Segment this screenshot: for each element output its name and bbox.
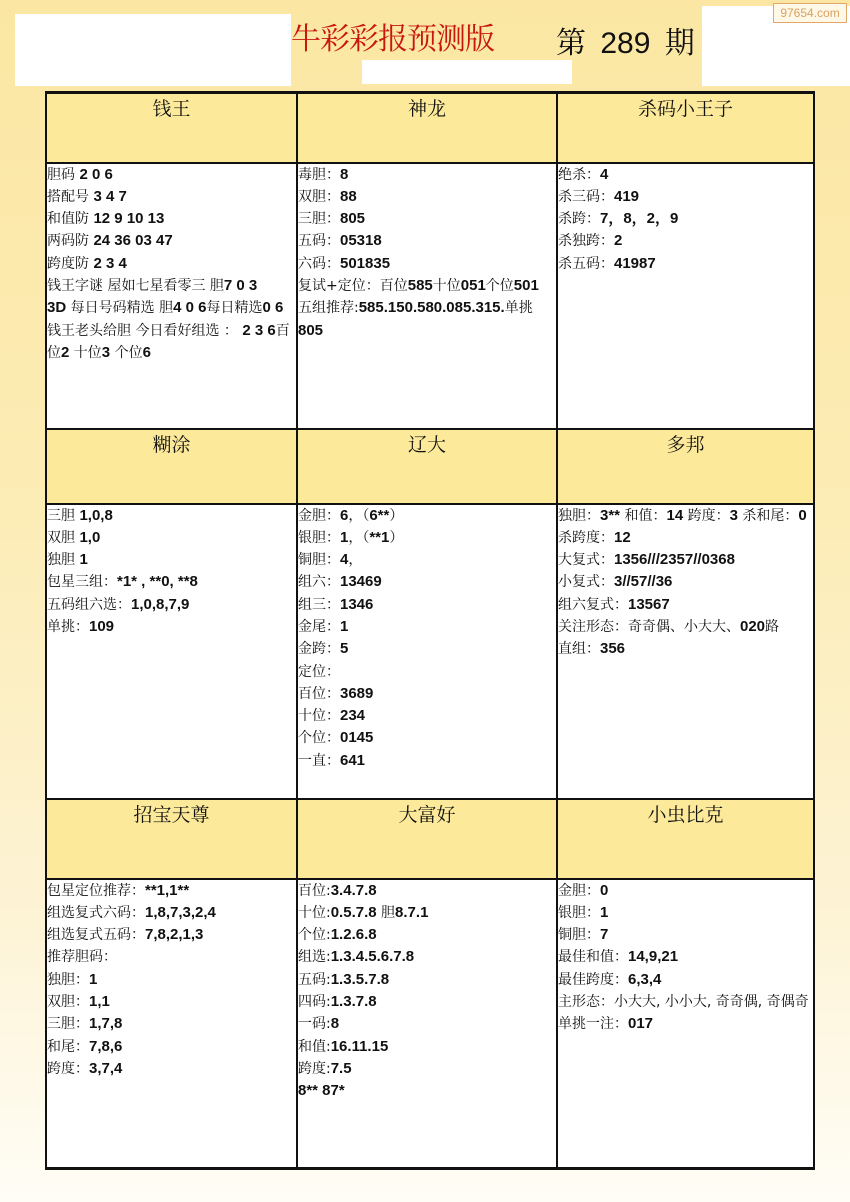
entry-label: 关注形态：奇奇偶、小大大、 [558,619,740,635]
entry-label: 金跨： [298,641,340,657]
entry-line: 百位：3689 [298,683,556,705]
entry-label: 银胆： [298,530,340,546]
entry-line: 组选复式六码：1,8,7,3,2,4 [47,902,296,924]
entry-label: 最佳跨度： [558,972,628,988]
entry-line: 一码:8 [298,1013,556,1035]
entry-value: 3//57//36 [614,573,672,590]
entry-line: 推荐胆码： [47,946,296,968]
entry-line: 跨度防 2 3 4 [47,253,296,275]
entry-label: 每日号码精选 胆 [66,300,173,316]
entry-label: 五码： [298,233,340,249]
entry-label: 四码: [298,994,331,1010]
entry-line: 单挑一注：017 [558,1013,813,1035]
body-row-2: 三胆 1,0,8双胆 1,0独胆 1包星三组：*1* , **0, **8五码组… [46,504,814,799]
entry-label: 组选复式六码： [47,905,145,921]
entry-line: 组三：1346 [298,594,556,616]
entry-label: 大复式： [558,552,614,568]
entry-value: 641 [340,752,365,769]
entry-label: 百位: [298,883,331,899]
entry-line: 金胆：0 [558,880,813,902]
entry-label: 和值： [620,508,666,524]
entry-line: 百位:3.4.7.8 [298,880,556,902]
entry-line: 包星定位推荐：**1,1** [47,880,296,902]
entry-line: 复试+定位：百位585十位051个位501 [298,275,556,297]
entry-label: 单挑一注： [558,1016,628,1032]
entry-label: 定位： [298,664,340,680]
entry-label: 和值防 [47,211,93,227]
prediction-table: 钱王 神龙 杀码小王子 胆码 2 0 6搭配号 3 4 7和值防 12 9 10… [45,91,815,1170]
entry-line: 和尾：7,8,6 [47,1036,296,1058]
entry-label: 五组推荐: [298,300,359,316]
entry-line: 搭配号 3 4 7 [47,186,296,208]
entry-line: 主形态：小大大, 小小大, 奇奇偶, 奇偶奇 [558,991,813,1013]
section-body: 胆码 2 0 6搭配号 3 4 7和值防 12 9 10 13两码防 24 36… [46,163,297,429]
entry-value: 6 [143,344,151,361]
entry-label: ， [348,552,362,568]
entry-line: 钱王字谜 屋如七星看零三 胆7 0 3 [47,275,296,297]
entry-value: 109 [89,618,114,635]
entry-line: 金尾：1 [298,616,556,638]
entry-line: 最佳和值：14,9,21 [558,946,813,968]
entry-value: 1,8,7,3,2,4 [145,904,216,921]
entry-value: 020 [740,618,765,635]
entry-label: 跨度： [683,508,729,524]
entry-value: 1,0,8 [79,507,112,524]
entry-value: 3 [102,344,110,361]
entry-value: 1 [79,551,87,568]
entry-label: 和值: [298,1039,331,1055]
entry-line: 金跨：5 [298,638,556,660]
entry-line: 杀跨：7，8，2，9 [558,208,813,230]
entry-line: 钱王老头给胆 今日看好组选 ： 2 3 6百位2 十位3 个位6 [47,320,296,365]
entry-label: 两码防 [47,233,93,249]
entry-value: 3** [600,507,620,524]
entry-line: 双胆：88 [298,186,556,208]
entry-label: 银胆： [558,905,600,921]
entry-value: 1,0 [79,529,100,546]
entry-value: 16.11.15 [331,1038,389,1055]
entry-value: 501835 [340,255,390,272]
entry-line: 独胆：1 [47,969,296,991]
entry-value: 2 3 4 [93,255,126,272]
entry-value: 13469 [340,573,382,590]
entry-label: 单挑 [505,300,533,316]
entry-line: 双胆：1,1 [47,991,296,1013]
entry-value: 8.7.1 [395,904,428,921]
entry-value: 1,0,8,7,9 [131,596,189,613]
entry-value: 7,8,2,1,3 [145,926,203,943]
entry-value: 805 [340,210,365,227]
entry-value: 2 0 6 [79,166,112,183]
entry-label: 独胆： [558,508,600,524]
entry-value: 0 6 [262,299,283,316]
entry-label: 跨度： [47,1061,89,1077]
entry-line: 银胆：1，（**1） [298,527,556,549]
entry-line: 组选复式五码：7,8,2,1,3 [47,924,296,946]
entry-line: 组六：13469 [298,571,556,593]
entry-value: 0 [798,507,806,524]
entry-value: 4 0 6 [173,299,206,316]
entry-line: 和值防 12 9 10 13 [47,208,296,230]
entry-label: 组六复式： [558,597,628,613]
entry-label: 直组： [558,641,600,657]
entry-line: 杀独跨：2 [558,230,813,252]
entry-label: 包星定位推荐： [47,883,145,899]
entry-label: 推荐胆码： [47,949,117,965]
section-body: 百位:3.4.7.8十位:0.5.7.8 胆8.7.1个位:1.2.6.8组选:… [297,879,557,1169]
entry-label: 金尾： [298,619,340,635]
page-title: 牛彩彩报预测版 [291,14,494,58]
entry-value: 88 [340,188,357,205]
entry-label: 独胆： [47,972,89,988]
entry-value: 234 [340,707,365,724]
entry-line: 三胆：805 [298,208,556,230]
entry-value: 1.3.7.8 [331,993,377,1010]
entry-label: 铜胆： [558,927,600,943]
body-row-1: 胆码 2 0 6搭配号 3 4 7和值防 12 9 10 13两码防 24 36… [46,163,814,429]
entry-label: 组六： [298,574,340,590]
entry-label: 杀五码： [558,256,614,272]
entry-value: 14 [666,507,683,524]
entry-line: 关注形态：奇奇偶、小大大、020路 [558,616,813,638]
entry-value: 356 [600,640,625,657]
entry-line: 最佳跨度：6,3,4 [558,969,813,991]
entry-line: 金胆：6，（6**） [298,505,556,527]
entry-label: 一直： [298,753,340,769]
entry-label: ） [389,530,403,546]
entry-value: 8 [331,1015,339,1032]
entry-label: 跨度防 [47,256,93,272]
entry-value: 7，8，2，9 [600,210,678,227]
entry-value: 3689 [340,685,373,702]
entry-line: 大复式：1356///2357//0368 [558,549,813,571]
entry-label: 钱王字谜 屋如七星看零三 胆 [47,278,224,294]
entry-line: 十位:0.5.7.8 胆8.7.1 [298,902,556,924]
entry-value: 2 3 6 [242,322,275,339]
entry-label: 独胆 [47,552,79,568]
entry-value: 1.3.5.7.8 [331,971,389,988]
section-header: 招宝天尊 [46,799,297,879]
section-body: 金胆：0银胆：1铜胆：7最佳和值：14,9,21最佳跨度：6,3,4主形态：小大… [557,879,814,1169]
entry-value: 14,9,21 [628,948,678,965]
entry-line: 三胆 1,0,8 [47,505,296,527]
entry-value: 3.4.7.8 [331,882,377,899]
entry-line: 和值:16.11.15 [298,1036,556,1058]
entry-value: 6** [369,507,389,524]
entry-label: 杀和尾： [738,508,798,524]
entry-label: 三胆： [298,211,340,227]
entry-line: 六码：501835 [298,253,556,275]
entry-value: 8 [340,166,348,183]
section-header: 糊涂 [46,429,297,504]
entry-value: 1346 [340,596,373,613]
entry-label: 杀独跨： [558,233,614,249]
redacted-area-left [15,14,291,86]
entry-label: 个位: [298,927,331,943]
entry-value: *1* , **0, **8 [117,573,198,590]
entry-label: 十位： [298,708,340,724]
entry-line: 胆码 2 0 6 [47,164,296,186]
section-header: 神龙 [297,93,557,163]
entry-value: 017 [628,1015,653,1032]
entry-value: 805 [298,322,323,339]
section-header: 钱王 [46,93,297,163]
entry-line: 组六复式：13567 [558,594,813,616]
entry-line: 两码防 24 36 03 47 [47,230,296,252]
section-header: 多邦 [557,429,814,504]
entry-value: 0.5.7.8 [331,904,377,921]
entry-label: 杀跨： [558,211,600,227]
entry-label: 三胆 [47,508,79,524]
entry-value: 24 36 03 47 [93,232,172,249]
section-body: 独胆：3** 和值：14 跨度：3 杀和尾：0 杀跨度：12大复式：1356//… [557,504,814,799]
entry-line: 十位：234 [298,705,556,727]
entry-value: 1 [89,971,97,988]
entry-line: 双胆 1,0 [47,527,296,549]
entry-label: 十位: [298,905,331,921]
entry-value: 419 [614,188,639,205]
entry-value: 3D [47,299,66,316]
entry-value: 0145 [340,729,373,746]
entry-value: 1356///2357//0368 [614,551,735,568]
header-row-1: 钱王 神龙 杀码小王子 [46,93,814,163]
section-body: 毒胆：8双胆：88三胆：805五码：05318六码：501835复试+定位：百位… [297,163,557,429]
entry-label: 金胆： [298,508,340,524]
entry-line: 跨度:7.5 [298,1058,556,1080]
entry-line: 组选:1.3.4.5.6.7.8 [298,946,556,968]
entry-value: 1 [600,904,608,921]
entry-line: 银胆：1 [558,902,813,924]
entry-line: 个位：0145 [298,727,556,749]
entry-value: 585 [408,277,433,294]
section-header: 辽大 [297,429,557,504]
entry-value: 501 [514,277,539,294]
entry-line: 四码:1.3.7.8 [298,991,556,1013]
header-row-2: 糊涂 辽大 多邦 [46,429,814,504]
entry-value: 1 [340,618,348,635]
entry-label: 主形态：小大大, 小小大, 奇奇偶, 奇偶奇 [558,994,809,1010]
entry-label: 五码组六选： [47,597,131,613]
entry-value: 0 [600,882,608,899]
entry-value: 1,7,8 [89,1015,122,1032]
entry-label: 个位 [110,345,142,361]
entry-line: 五码组六选：1,0,8,7,9 [47,594,296,616]
entry-line: 三胆：1,7,8 [47,1013,296,1035]
entry-value: 41987 [614,255,656,272]
entry-value: 12 9 10 13 [93,210,164,227]
entry-label: 双胆： [298,189,340,205]
entry-label: 路 [765,619,779,635]
entry-label: 包星三组： [47,574,117,590]
entry-label: 双胆 [47,530,79,546]
entry-label: 三胆： [47,1016,89,1032]
entry-line: 毒胆：8 [298,164,556,186]
entry-label: ，（ [348,530,369,546]
entry-value: 585.150.580.085.315. [359,299,505,316]
entry-label: 和尾： [47,1039,89,1055]
entry-value: 5 [340,640,348,657]
entry-value: 3 4 7 [93,188,126,205]
entry-value: 3 [730,507,738,524]
entry-label: 一码: [298,1016,331,1032]
section-header: 杀码小王子 [557,93,814,163]
entry-value: 7 [600,926,608,943]
entry-value: 7.5 [331,1060,352,1077]
entry-value: 3,7,4 [89,1060,122,1077]
entry-line: 独胆 1 [47,549,296,571]
entry-label: 绝杀： [558,167,600,183]
watermark: 97654.com [773,3,847,23]
entry-line: 跨度：3,7,4 [47,1058,296,1080]
entry-label: 个位 [486,278,514,294]
section-body: 金胆：6，（6**）银胆：1，（**1）铜胆：4，组六：13469组三：1346… [297,504,557,799]
entry-line: 五组推荐:585.150.580.085.315.单挑805 [298,297,556,342]
entry-label: 组选复式五码： [47,927,145,943]
entry-line: 铜胆：7 [558,924,813,946]
entry-label: 五码: [298,972,331,988]
entry-line: 包星三组：*1* , **0, **8 [47,571,296,593]
entry-line: 小复式：3//57//36 [558,571,813,593]
section-body: 包星定位推荐：**1,1**组选复式六码：1,8,7,3,2,4组选复式五码：7… [46,879,297,1169]
section-header: 小虫比克 [557,799,814,879]
entry-line: 五码:1.3.5.7.8 [298,969,556,991]
entry-value: 1.3.4.5.6.7.8 [331,948,414,965]
entry-value: 7,8,6 [89,1038,122,1055]
entry-line: 定位： [298,661,556,683]
redacted-area-center [362,60,572,84]
entry-label: 杀跨度： [558,530,614,546]
issue-number: 第 289 期 [556,18,695,62]
entry-label: 铜胆： [298,552,340,568]
entry-value: 1.2.6.8 [331,926,377,943]
entry-line: 8** 87* [298,1080,556,1102]
section-header: 大富好 [297,799,557,879]
entry-value: **1,1** [145,882,189,899]
entry-label: 百位： [298,686,340,702]
entry-value: 05318 [340,232,382,249]
entry-label: 六码： [298,256,340,272]
entry-value: 1,1 [89,993,110,1010]
entry-value: 4 [600,166,608,183]
entry-line: 3D 每日号码精选 胆4 0 6每日精选0 6 [47,297,296,319]
entry-label: ） [389,508,403,524]
entry-value: 2 [614,232,622,249]
header-row-3: 招宝天尊 大富好 小虫比克 [46,799,814,879]
entry-label: 金胆： [558,883,600,899]
entry-line: 铜胆：4， [298,549,556,571]
section-body: 三胆 1,0,8双胆 1,0独胆 1包星三组：*1* , **0, **8五码组… [46,504,297,799]
entry-label: 组三： [298,597,340,613]
entry-label: 每日精选 [206,300,262,316]
entry-label: 最佳和值： [558,949,628,965]
entry-line: 单挑：109 [47,616,296,638]
entry-label: 复试+定位：百位 [298,278,408,294]
entry-line: 个位:1.2.6.8 [298,924,556,946]
body-row-3: 包星定位推荐：**1,1**组选复式六码：1,8,7,3,2,4组选复式五码：7… [46,879,814,1169]
entry-line: 直组：356 [558,638,813,660]
entry-label: ，（ [348,508,369,524]
entry-label: 钱王老头给胆 今日看好组选 ： [47,323,242,339]
entry-label: 单挑： [47,619,89,635]
entry-label: 个位： [298,730,340,746]
entry-value: 7 0 3 [224,277,257,294]
entry-line: 一直：641 [298,750,556,772]
entry-line: 杀三码：419 [558,186,813,208]
entry-label: 胆码 [47,167,79,183]
entry-value: 13567 [628,596,670,613]
entry-value: **1 [369,529,389,546]
entry-label: 双胆： [47,994,89,1010]
entry-label: 毒胆： [298,167,340,183]
entry-label: 十位 [433,278,461,294]
entry-line: 杀五码：41987 [558,253,813,275]
entry-label: 组选: [298,949,331,965]
entry-label: 十位 [69,345,101,361]
entry-label: 跨度: [298,1061,331,1077]
entry-line: 五码：05318 [298,230,556,252]
entry-value: 12 [614,529,631,546]
entry-value: 6,3,4 [628,971,661,988]
section-body: 绝杀：4杀三码：419杀跨：7，8，2，9杀独跨：2杀五码：41987 [557,163,814,429]
entry-label: 胆 [377,905,395,921]
entry-label: 杀三码： [558,189,614,205]
entry-value: 051 [461,277,486,294]
entry-value: 8** 87* [298,1082,345,1099]
entry-label: 搭配号 [47,189,93,205]
entry-line: 独胆：3** 和值：14 跨度：3 杀和尾：0 杀跨度：12 [558,505,813,550]
entry-line: 绝杀：4 [558,164,813,186]
entry-label: 小复式： [558,574,614,590]
